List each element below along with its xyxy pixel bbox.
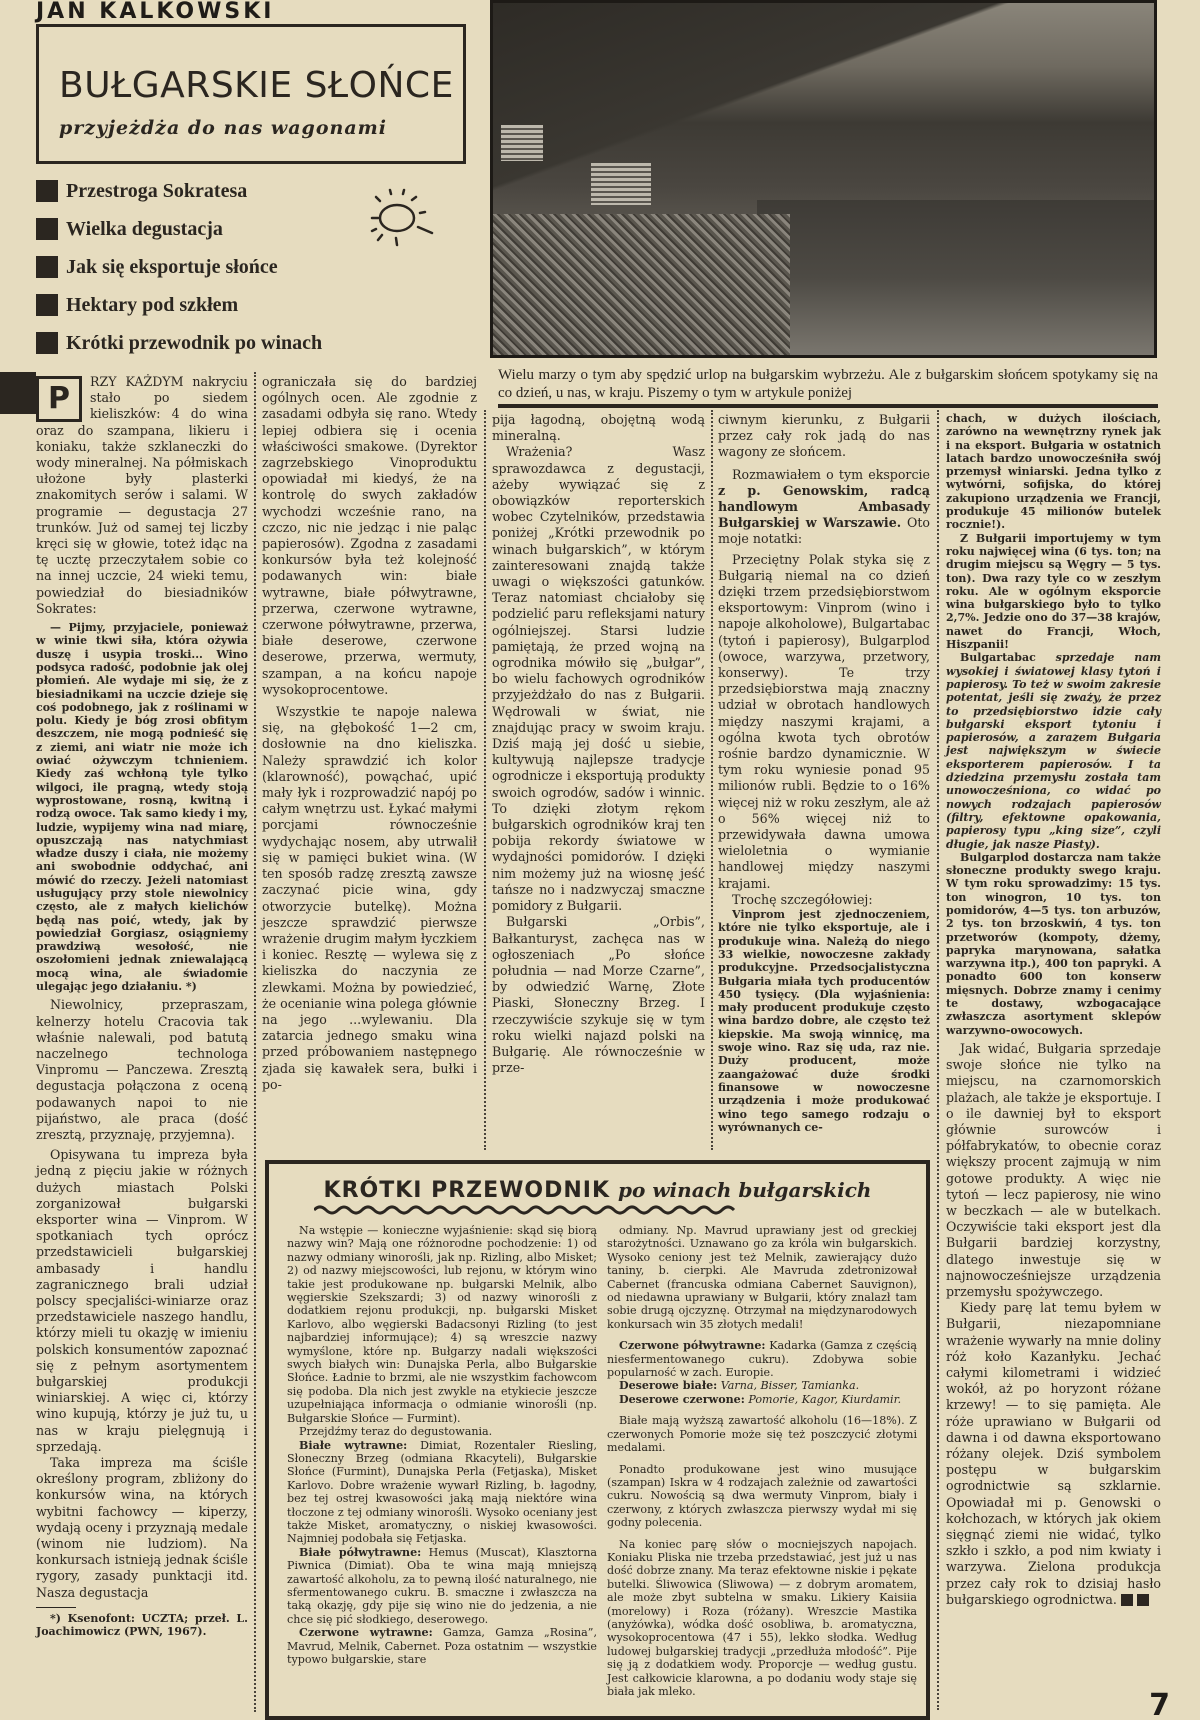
paragraph: Jak widać, Bułgaria sprzedaje swoje słoń… — [946, 1041, 1161, 1300]
sokrates-quote: — Pijmy, przyjaciele, ponieważ w winie t… — [36, 621, 248, 993]
paragraph: ciwnym kierunku, z Bułgarii przez cały r… — [718, 412, 930, 461]
article-title: BUŁGARSKIE SŁOŃCE — [59, 65, 454, 106]
article-column-3: pija łagodną, obojętną wodą mineralną. W… — [492, 412, 705, 1076]
paragraph: Niewolnicy, przepraszam, kelnerzy hotelu… — [36, 997, 248, 1143]
article-column-2: ograniczała się do bardziej ogólnych oce… — [262, 374, 477, 1093]
black-square-icon — [36, 294, 58, 316]
black-square-icon — [36, 180, 58, 202]
paragraph: Bułgarski „Orbis”, Bałkanturyst, zachęca… — [492, 914, 705, 1076]
article-column-5: chach, w dużych ilościach, zarówno na we… — [946, 412, 1161, 1608]
end-squares-icon — [1121, 1594, 1133, 1606]
contents-item: Jak się eksportuje słońce — [36, 248, 476, 286]
paragraph: Opisywana tu impreza była jedną z pięciu… — [36, 1147, 248, 1455]
paragraph: chach, w dużych ilościach, zarówno na we… — [946, 412, 1161, 532]
paragraph: Kiedy parę lat temu byłem w Bułgarii, ni… — [946, 1300, 1161, 1608]
beach-photo — [490, 0, 1157, 358]
column-divider — [484, 410, 486, 1150]
footnote-rule — [36, 1607, 76, 1608]
photo-caption: Wielu marzy o tym aby spędzić urlop na b… — [498, 366, 1158, 402]
wavy-underline — [314, 1204, 739, 1216]
page-number: 7 — [1149, 1688, 1170, 1720]
black-square-icon — [36, 332, 58, 354]
paragraph: pija łagodną, obojętną wodą mineralną. — [492, 412, 705, 444]
wine-guide-box: KRÓTKI PRZEWODNIKpo winach bułgarskich N… — [265, 1160, 930, 1720]
article-subtitle: przyjeżdża do nas wagonami — [59, 117, 387, 139]
paragraph: Wszystkie te napoje nalewa się, na głębo… — [262, 704, 477, 1093]
paragraph: Bulgartabac sprzedaje nam wysokiej i świ… — [946, 651, 1161, 850]
column-divider — [254, 372, 256, 1712]
paragraph: Taka impreza ma ściśle określony program… — [36, 1455, 248, 1601]
interview-partner: z p. Genowskim, radcą handlowym Ambasady… — [718, 483, 930, 530]
paragraph: Wrażenia? Wasz sprawozdawca z degustacji… — [492, 444, 705, 914]
contents-item: Hektary pod szkłem — [36, 286, 476, 324]
guide-column-right: odmiany. Np. Mavrud uprawiany jest od gr… — [607, 1224, 917, 1698]
black-square-icon — [36, 256, 58, 278]
dropcap-bar — [0, 372, 36, 414]
footnote: *) Ksenofont: UCZTA; przeł. L. Joachimow… — [36, 1612, 248, 1639]
column-divider — [937, 410, 939, 1710]
contents-item: Krótki przewodnik po winach — [36, 324, 476, 362]
column-divider — [711, 410, 713, 1150]
author-byline: JAN KALKOWSKI — [36, 0, 274, 24]
paragraph: Z Bułgarii importujemy w tym roku najwię… — [946, 532, 1161, 652]
paragraph: ograniczała się do bardziej ogólnych oce… — [262, 374, 477, 698]
paragraph: Vinprom jest zjednoczeniem, które nie ty… — [718, 908, 930, 1134]
dropcap: P — [36, 376, 82, 422]
caption-rule — [498, 404, 1158, 408]
guide-title: KRÓTKI PRZEWODNIKpo winach bułgarskich — [269, 1178, 926, 1203]
paragraph: Rozmawiałem o tym eksporcie z p. Genowsk… — [718, 467, 930, 548]
article-column-4: ciwnym kierunku, z Bułgarii przez cały r… — [718, 412, 930, 1134]
black-square-icon — [36, 218, 58, 240]
paragraph: Przeciętny Polak styka się z Bułgarią ni… — [718, 552, 930, 892]
article-column-1: P RZY KAŻDYM nakryciu stało po siedem ki… — [36, 374, 248, 1638]
title-box: BUŁGARSKIE SŁOŃCE przyjeżdża do nas wago… — [36, 24, 466, 164]
subheading: Trochę szczegółowiej: — [718, 892, 930, 908]
paragraph: Bulgarplod dostarcza nam także słoneczne… — [946, 851, 1161, 1037]
sun-doodle-icon — [352, 185, 442, 251]
guide-column-left: Na wstępie — konieczne wyjaśnienie: skąd… — [287, 1224, 597, 1666]
